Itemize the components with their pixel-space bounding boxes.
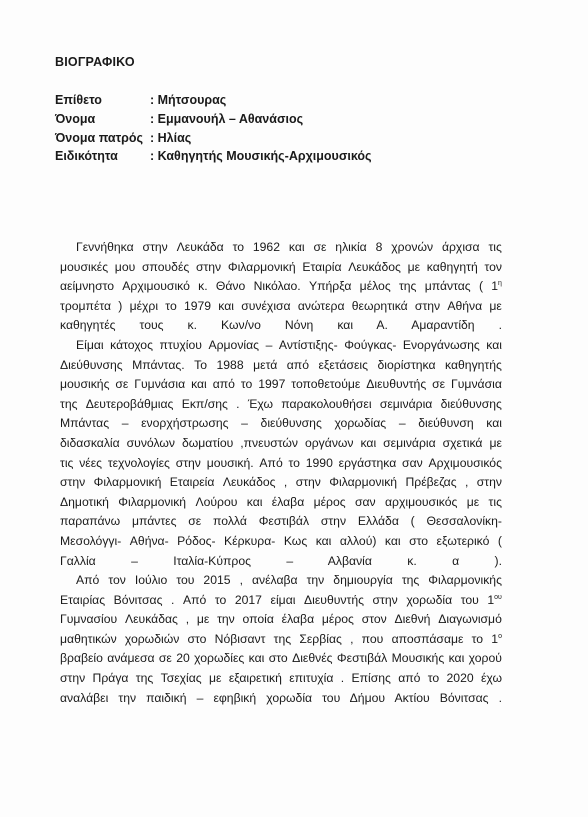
text-line: ΓεννήθηκαστηνΛευκάδατο1962καισεηλικία8χρ…	[60, 238, 502, 258]
text-line: Μπάντας–ενορχήστρωσης–διεύθυνσηςχορωδίας…	[60, 414, 502, 434]
text-line: μουσικέςμουσπουδέςστηνΦιλαρμονικήΕταιρία…	[60, 258, 502, 278]
text-line: αείμνηστοΑρχιμουσικόκ.ΘάνοΝικόλαο.Υπήρξα…	[60, 277, 502, 297]
field-label: Όνομα πατρός	[55, 131, 143, 145]
text-line: τηςΔευτεροβάθμιαςΕκπ/σης.Έχωπαρακολουθήσ…	[60, 395, 502, 415]
field-label: Επίθετο	[55, 93, 102, 107]
text-line: ΑπότονΙούλιοτου2015,ανέλαβατηνδημιουργία…	[60, 571, 502, 591]
scanned-document-page: ΒΙΟΓΡΑΦΙΚΟ Επίθετο : Μήτσουρας Όνομα : Ε…	[0, 0, 588, 817]
text-line: ΓυμνασίουΛευκάδας,μετηνοποίαέλαβαμέροςστ…	[60, 610, 502, 630]
text-line: ΔιεύθυνσηςΜπάντας.Το1988μετάαπόεξετάσεις…	[60, 356, 502, 376]
paragraph: ΑπότονΙούλιοτου2015,ανέλαβατηνδημιουργία…	[60, 571, 502, 708]
text-line: παραπάνωμπάντεςσεπολλάΦεστιβάλστηνΕλλάδα…	[60, 512, 502, 532]
paragraph: ΓεννήθηκαστηνΛευκάδατο1962καισεηλικία8χρ…	[60, 238, 502, 336]
text-line: μαθητικώνχορωδιώνστοΝόβισανττηςΣερβίας,π…	[60, 630, 502, 650]
text-line: τιςνέεςτεχνολογίεςστηνμουσική.Απότο1990ε…	[60, 454, 502, 474]
text-line: τρομπέτα)μέχριτο1979καισυνέχισαανώτεραθε…	[60, 297, 502, 317]
text-line: Γαλλία – Ιταλία-Κύπρος – Αλβανία κ. α ).	[60, 552, 502, 572]
document-title: ΒΙΟΓΡΑΦΙΚΟ	[55, 55, 135, 69]
text-line: καθηγητές τους κ. Κων/νο Νόνη και Α. Αμα…	[60, 316, 502, 336]
field-value: : Καθηγητής Μουσικής-Αρχιμουσικός	[150, 149, 372, 163]
field-value: : Ηλίας	[150, 131, 191, 145]
text-line: στηνΠράγατηςΤσεχίαςμεεξαιρετικήεπιτυχία.…	[60, 669, 502, 689]
text-line: ΔημοτικήΦιλαρμονικήΛούρουκαιέλαβαμέροςσα…	[60, 493, 502, 513]
text-line: μουσικήςσεΓυμνάσιακαιαπότο1997τοποθετούμ…	[60, 375, 502, 395]
text-line: ΕίμαικάτοχοςπτυχίουΑρμονίας–Αντίστιξης-Φ…	[60, 336, 502, 356]
field-label: Ειδικότητα	[55, 149, 118, 163]
text-line: στηνΦιλαρμονικήΕταιρείαΛευκάδος,στηνΦιλα…	[60, 473, 502, 493]
biography-body: ΓεννήθηκαστηνΛευκάδατο1962καισεηλικία8χρ…	[60, 238, 502, 708]
text-line: αναλάβει την παιδική – εφηβική χορωδία τ…	[60, 689, 502, 709]
text-line: διδασκαλίασυνόλωνδωματίου,πνευστώνοργάνω…	[60, 434, 502, 454]
field-label: Όνομα	[55, 112, 95, 126]
text-line: βραβείοανάμεσασε20χορωδίεςκαιστοΔιεθνέςΦ…	[60, 649, 502, 669]
field-value: : Εμμανουήλ – Αθανάσιος	[150, 112, 303, 126]
field-value: : Μήτσουρας	[150, 93, 226, 107]
text-line: ΕταιρίαςΒόνιτσας.Απότο2017είμαιΔιευθυντή…	[60, 591, 502, 611]
paragraph: ΕίμαικάτοχοςπτυχίουΑρμονίας–Αντίστιξης-Φ…	[60, 336, 502, 571]
text-line: Μεσολόγγι-Αθήνα-Ρόδος-Κέρκυρα-Κωςκαιαλλο…	[60, 532, 502, 552]
